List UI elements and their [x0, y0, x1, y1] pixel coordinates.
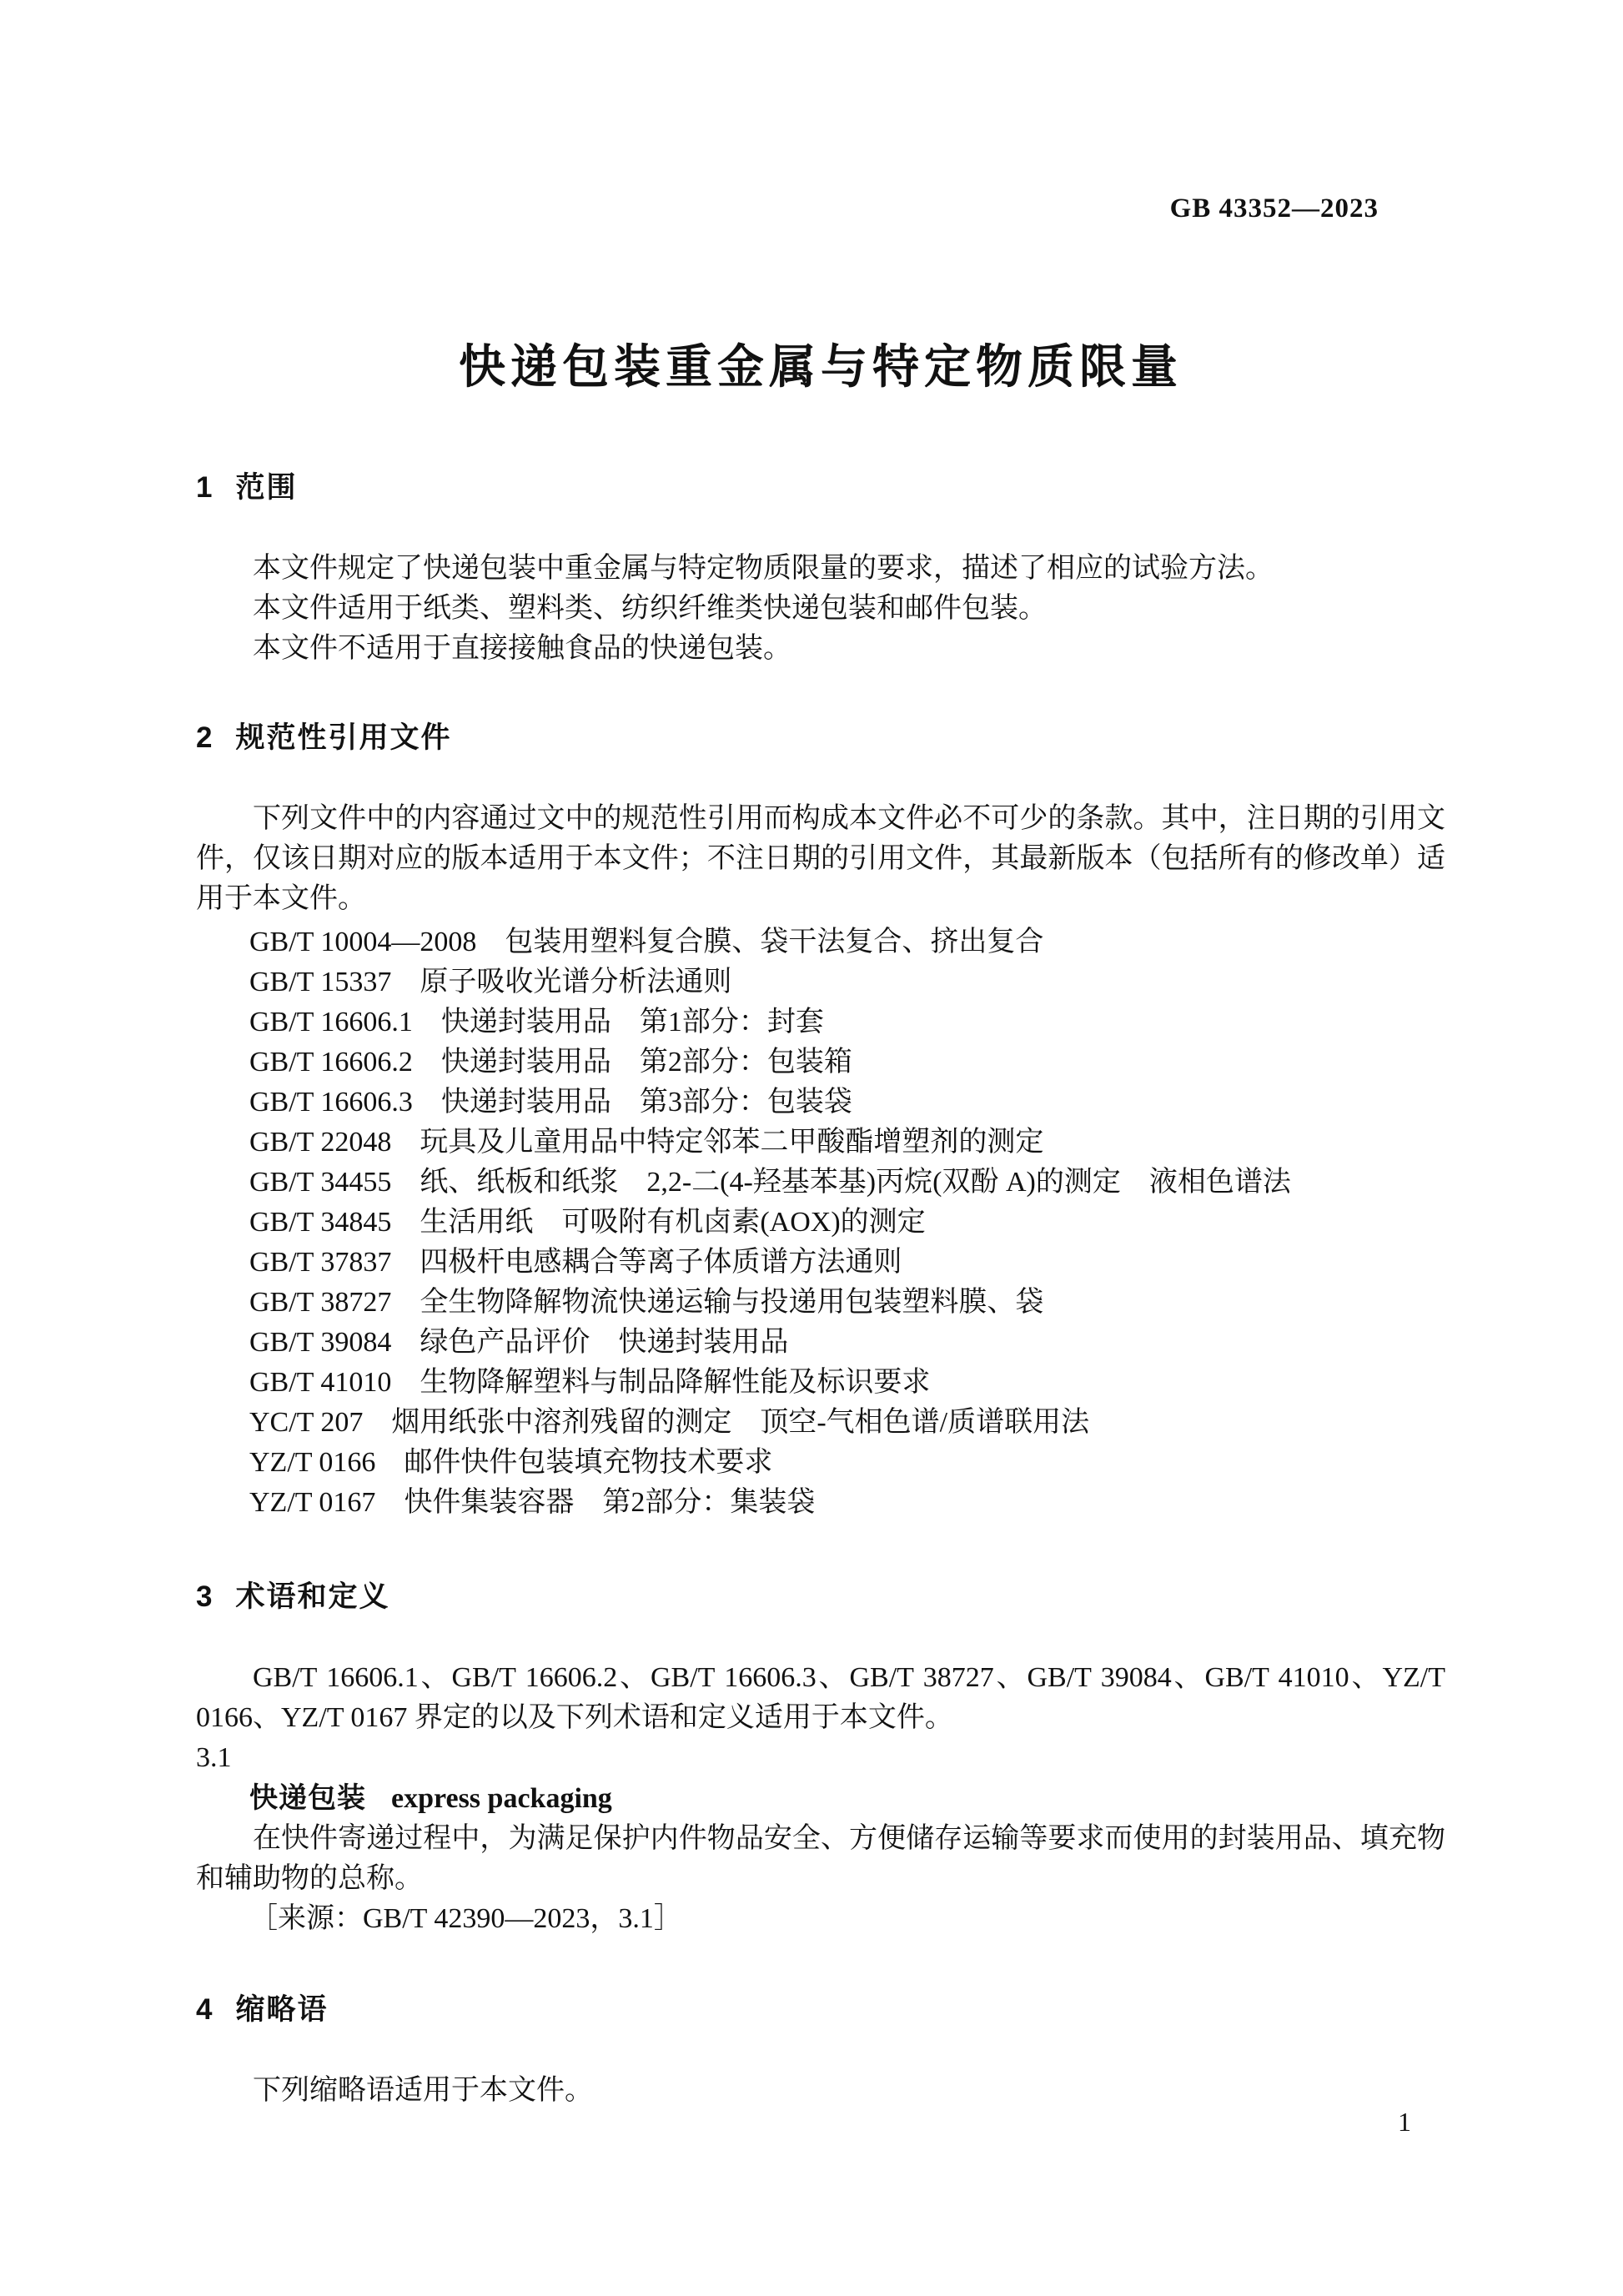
abbreviations-intro: 下列缩略语适用于本文件。 [196, 2071, 1445, 2111]
scope-paragraph: 本文件规定了快递包装中重金属与特定物质限量的要求，描述了相应的试验方法。 [196, 549, 1445, 589]
reference-title: 生物降解塑料与制品降解性能及标识要求 [420, 1367, 930, 1398]
section-number: 4 [196, 1992, 212, 2027]
reference-item: GB/T 34845生活用纸 可吸附有机卤素(AOX)的测定 [196, 1203, 1445, 1243]
reference-item: GB/T 16606.2快递封装用品 第2部分：包装箱 [196, 1042, 1445, 1083]
scope-paragraphs: 本文件规定了快递包装中重金属与特定物质限量的要求，描述了相应的试验方法。本文件适… [196, 549, 1445, 669]
section-number: 2 [196, 721, 212, 756]
reference-item: GB/T 10004—2008包装用塑料复合膜、袋干法复合、挤出复合 [196, 922, 1445, 962]
section-title: 缩略语 [235, 1993, 328, 2026]
reference-title: 快递封装用品 第3部分：包装袋 [441, 1087, 852, 1118]
terms-intro: GB/T 16606.1、GB/T 16606.2、GB/T 16606.3、G… [196, 1658, 1445, 1738]
term-definition: 在快件寄递过程中，为满足保护内件物品安全、方便储存运输等要求而使用的封装用品、填… [196, 1819, 1445, 1899]
doc-title: 快递包装重金属与特定物质限量 [196, 340, 1445, 394]
reference-title: 全生物降解物流快递运输与投递用包装塑料膜、袋 [420, 1287, 1043, 1318]
section-title: 规范性引用文件 [235, 721, 451, 754]
reference-title: 快件集装容器 第2部分：集装袋 [404, 1487, 815, 1518]
reference-code: GB/T 41010 [249, 1363, 391, 1403]
reference-item: GB/T 22048玩具及儿童用品中特定邻苯二甲酸酯增塑剂的测定 [196, 1123, 1445, 1163]
term-source: ［来源：GB/T 42390—2023，3.1］ [196, 1899, 1445, 1939]
section-number: 1 [196, 470, 212, 505]
reference-code: YZ/T 0167 [249, 1483, 375, 1523]
term-entry-number: 3.1 [196, 1738, 1445, 1778]
reference-item: GB/T 39084绿色产品评价 快递封装用品 [196, 1323, 1445, 1363]
reference-item: YZ/T 0166邮件快件包装填充物技术要求 [196, 1443, 1445, 1483]
reference-code: GB/T 38727 [249, 1283, 391, 1323]
reference-code: GB/T 10004—2008 [249, 922, 476, 962]
page-number: 1 [1398, 2107, 1411, 2137]
reference-item: YC/T 207烟用纸张中溶剂残留的测定 顶空-气相色谱/质谱联用法 [196, 1403, 1445, 1443]
reference-item: GB/T 41010生物降解塑料与制品降解性能及标识要求 [196, 1363, 1445, 1403]
reference-code: GB/T 39084 [249, 1323, 391, 1363]
reference-code: GB/T 22048 [249, 1123, 391, 1163]
reference-item: GB/T 34455纸、纸板和纸浆 2,2-二(4-羟基苯基)丙烷(双酚 A)的… [196, 1163, 1445, 1203]
reference-item: YZ/T 0167快件集装容器 第2部分：集装袋 [196, 1483, 1445, 1523]
reference-item: GB/T 16606.1快递封装用品 第1部分：封套 [196, 1002, 1445, 1042]
reference-code: GB/T 16606.2 [249, 1042, 413, 1083]
reference-code: GB/T 16606.1 [249, 1002, 413, 1042]
scope-paragraph: 本文件适用于纸类、塑料类、纺织纤维类快递包装和邮件包装。 [196, 589, 1445, 629]
normative-references-intro: 下列文件中的内容通过文中的规范性引用而构成本文件必不可少的条款。其中，注日期的引… [196, 799, 1445, 919]
reference-code: GB/T 37837 [249, 1243, 391, 1283]
normative-references-list: GB/T 10004—2008包装用塑料复合膜、袋干法复合、挤出复合GB/T 1… [196, 922, 1445, 1523]
reference-code: GB/T 15337 [249, 962, 391, 1002]
reference-title: 包装用塑料复合膜、袋干法复合、挤出复合 [505, 927, 1043, 957]
reference-title: 四极杆电感耦合等离子体质谱方法通则 [420, 1247, 902, 1278]
term-entry-title: 快递包装express packaging [196, 1778, 1445, 1819]
reference-code: YZ/T 0166 [249, 1443, 375, 1483]
section-heading-terms: 3术语和定义 [196, 1580, 1445, 1615]
reference-title: 生活用纸 可吸附有机卤素(AOX)的测定 [420, 1207, 925, 1238]
reference-item: GB/T 15337原子吸收光谱分析法通则 [196, 962, 1445, 1002]
reference-item: GB/T 16606.3快递封装用品 第3部分：包装袋 [196, 1083, 1445, 1123]
page-content: GB 43352—2023 快递包装重金属与特定物质限量 1范围 本文件规定了快… [0, 193, 1623, 2111]
scope-paragraph: 本文件不适用于直接接触食品的快递包装。 [196, 629, 1445, 669]
reference-code: GB/T 34455 [249, 1163, 391, 1203]
reference-title: 烟用纸张中溶剂残留的测定 顶空-气相色谱/质谱联用法 [391, 1407, 1089, 1438]
section-title: 范围 [235, 471, 297, 504]
standard-document-page: GB 43352—2023 快递包装重金属与特定物质限量 1范围 本文件规定了快… [0, 0, 1623, 2296]
section-number: 3 [196, 1580, 212, 1615]
reference-code: GB/T 34845 [249, 1203, 391, 1243]
reference-title: 原子吸收光谱分析法通则 [420, 967, 731, 997]
section-heading-abbreviations: 4缩略语 [196, 1992, 1445, 2027]
reference-item: GB/T 37837四极杆电感耦合等离子体质谱方法通则 [196, 1243, 1445, 1283]
reference-title: 玩具及儿童用品中特定邻苯二甲酸酯增塑剂的测定 [420, 1127, 1043, 1158]
doc-code-row: GB 43352—2023 [196, 193, 1445, 224]
section-heading-scope: 1范围 [196, 470, 1445, 505]
section-title: 术语和定义 [235, 1580, 389, 1613]
reference-item: GB/T 38727全生物降解物流快递运输与投递用包装塑料膜、袋 [196, 1283, 1445, 1323]
reference-title: 纸、纸板和纸浆 2,2-二(4-羟基苯基)丙烷(双酚 A)的测定 液相色谱法 [420, 1167, 1291, 1198]
reference-title: 绿色产品评价 快递封装用品 [420, 1327, 788, 1358]
reference-title: 邮件快件包装填充物技术要求 [404, 1447, 772, 1478]
reference-title: 快递封装用品 第1部分：封套 [441, 1007, 824, 1037]
doc-code: GB 43352—2023 [1170, 193, 1379, 224]
reference-title: 快递封装用品 第2部分：包装箱 [441, 1047, 852, 1078]
term-en: express packaging [391, 1783, 612, 1814]
reference-code: YC/T 207 [249, 1403, 363, 1443]
term-zh: 快递包装 [249, 1782, 366, 1814]
section-heading-normative-references: 2规范性引用文件 [196, 721, 1445, 756]
reference-code: GB/T 16606.3 [249, 1083, 413, 1123]
